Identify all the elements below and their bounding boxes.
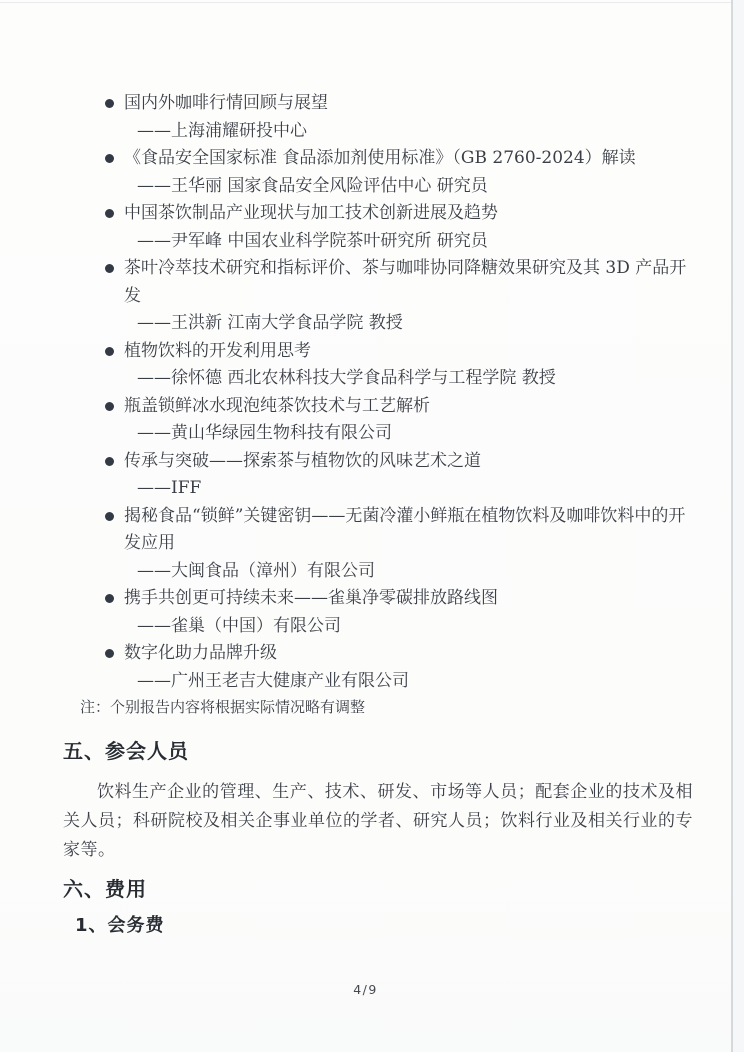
bullet-icon (105, 209, 114, 218)
bullet-icon (105, 594, 114, 603)
agenda-item-presenter: ——尹军峰 中国农业科学院茶叶研究所 研究员 (63, 228, 693, 256)
agenda-item: 植物饮料的开发利用思考 ——徐怀德 西北农林科技大学食品科学与工程学院 教授 (63, 338, 693, 393)
agenda-item-title: 瓶盖锁鲜冰水现泡纯茶饮技术与工艺解析 (124, 393, 693, 421)
agenda-item-title: 中国茶饮制品产业现状与加工技术创新进展及趋势 (124, 200, 693, 228)
agenda-item-presenter: ——雀巢（中国）有限公司 (63, 613, 693, 641)
bullet-icon (105, 347, 114, 356)
agenda-item-title: 植物饮料的开发利用思考 (124, 338, 693, 366)
bullet-icon (105, 457, 114, 466)
agenda-item-presenter: ——王华丽 国家食品安全风险评估中心 研究员 (63, 173, 693, 201)
agenda-item-title-row: 传承与突破——探索茶与植物饮的风味艺术之道 (63, 448, 693, 476)
agenda-item: 国内外咖啡行情回顾与展望 ——上海浦耀研投中心 (63, 90, 693, 145)
agenda-item-title-row: 数字化助力品牌升级 (63, 640, 693, 668)
scanned-document-page: 国内外咖啡行情回顾与展望 ——上海浦耀研投中心 《食品安全国家标准 食品添加剂使… (0, 0, 744, 1052)
bullet-icon (105, 264, 114, 273)
agenda-item-title: 揭秘食品“锁鲜”关键密钥——无菌冷灌小鲜瓶在植物饮料及咖啡饮料中的开发应用 (124, 503, 693, 558)
agenda-item: 《食品安全国家标准 食品添加剂使用标准》（GB 2760-2024）解读 ——王… (63, 145, 693, 200)
agenda-item-title-row: 中国茶饮制品产业现状与加工技术创新进展及趋势 (63, 200, 693, 228)
agenda-item-title-row: 国内外咖啡行情回顾与展望 (63, 90, 693, 118)
agenda-item-title-row: 《食品安全国家标准 食品添加剂使用标准》（GB 2760-2024）解读 (63, 145, 693, 173)
agenda-item-presenter: ——广州王老吉大健康产业有限公司 (63, 668, 693, 696)
agenda-item-presenter: ——上海浦耀研投中心 (63, 118, 693, 146)
scan-right-margin-strip (733, 0, 744, 1052)
agenda-note: 注：个别报告内容将根据实际情况略有调整 (63, 695, 693, 719)
agenda-item-title: 传承与突破——探索茶与植物饮的风味艺术之道 (124, 448, 693, 476)
bullet-icon (105, 402, 114, 411)
bullet-icon (105, 99, 114, 108)
agenda-item-presenter: ——王洪新 江南大学食品学院 教授 (63, 310, 693, 338)
bullet-icon (105, 154, 114, 163)
agenda-item: 中国茶饮制品产业现状与加工技术创新进展及趋势 ——尹军峰 中国农业科学院茶叶研究… (63, 200, 693, 255)
agenda-item-presenter: ——IFF (63, 475, 693, 503)
agenda-item-title: 茶叶冷萃技术研究和指标评价、茶与咖啡协同降糖效果研究及其 3D 产品开发 (124, 255, 693, 310)
section-heading-fees: 六、费用 (63, 875, 693, 903)
page-content: 国内外咖啡行情回顾与展望 ——上海浦耀研投中心 《食品安全国家标准 食品添加剂使… (63, 0, 693, 939)
agenda-item-title: 携手共创更可持续未来——雀巢净零碳排放路线图 (124, 585, 693, 613)
agenda-list: 国内外咖啡行情回顾与展望 ——上海浦耀研投中心 《食品安全国家标准 食品添加剂使… (63, 90, 693, 695)
scan-right-edge-line (731, 0, 733, 1052)
agenda-item-title-row: 揭秘食品“锁鲜”关键密钥——无菌冷灌小鲜瓶在植物饮料及咖啡饮料中的开发应用 (63, 503, 693, 558)
agenda-item: 数字化助力品牌升级 ——广州王老吉大健康产业有限公司 (63, 640, 693, 695)
agenda-item-title-row: 茶叶冷萃技术研究和指标评价、茶与咖啡协同降糖效果研究及其 3D 产品开发 (63, 255, 693, 310)
agenda-item-presenter: ——徐怀德 西北农林科技大学食品科学与工程学院 教授 (63, 365, 693, 393)
agenda-item: 传承与突破——探索茶与植物饮的风味艺术之道 ——IFF (63, 448, 693, 503)
agenda-item-title: 《食品安全国家标准 食品添加剂使用标准》（GB 2760-2024）解读 (124, 145, 693, 173)
agenda-item-title-row: 植物饮料的开发利用思考 (63, 338, 693, 366)
agenda-item: 携手共创更可持续未来——雀巢净零碳排放路线图 ——雀巢（中国）有限公司 (63, 585, 693, 640)
agenda-item-presenter: ——大闽食品（漳州）有限公司 (63, 558, 693, 586)
bullet-icon (105, 512, 114, 521)
section-heading-participants: 五、参会人员 (63, 737, 693, 765)
agenda-item-title-row: 瓶盖锁鲜冰水现泡纯茶饮技术与工艺解析 (63, 393, 693, 421)
agenda-item-presenter: ——黄山华绿园生物科技有限公司 (63, 420, 693, 448)
agenda-item-title: 数字化助力品牌升级 (124, 640, 693, 668)
agenda-item-title: 国内外咖啡行情回顾与展望 (124, 90, 693, 118)
agenda-item: 茶叶冷萃技术研究和指标评价、茶与咖啡协同降糖效果研究及其 3D 产品开发 ——王… (63, 255, 693, 338)
bullet-icon (105, 649, 114, 658)
subsection-heading-conference-fee: 1、会务费 (63, 913, 693, 939)
participants-paragraph: 饮料生产企业的管理、生产、技术、研发、市场等人员；配套企业的技术及相关人员；科研… (63, 778, 693, 865)
agenda-item: 瓶盖锁鲜冰水现泡纯茶饮技术与工艺解析 ——黄山华绿园生物科技有限公司 (63, 393, 693, 448)
page-number: 4/9 (0, 982, 731, 997)
agenda-item: 揭秘食品“锁鲜”关键密钥——无菌冷灌小鲜瓶在植物饮料及咖啡饮料中的开发应用 ——… (63, 503, 693, 586)
agenda-item-title-row: 携手共创更可持续未来——雀巢净零碳排放路线图 (63, 585, 693, 613)
